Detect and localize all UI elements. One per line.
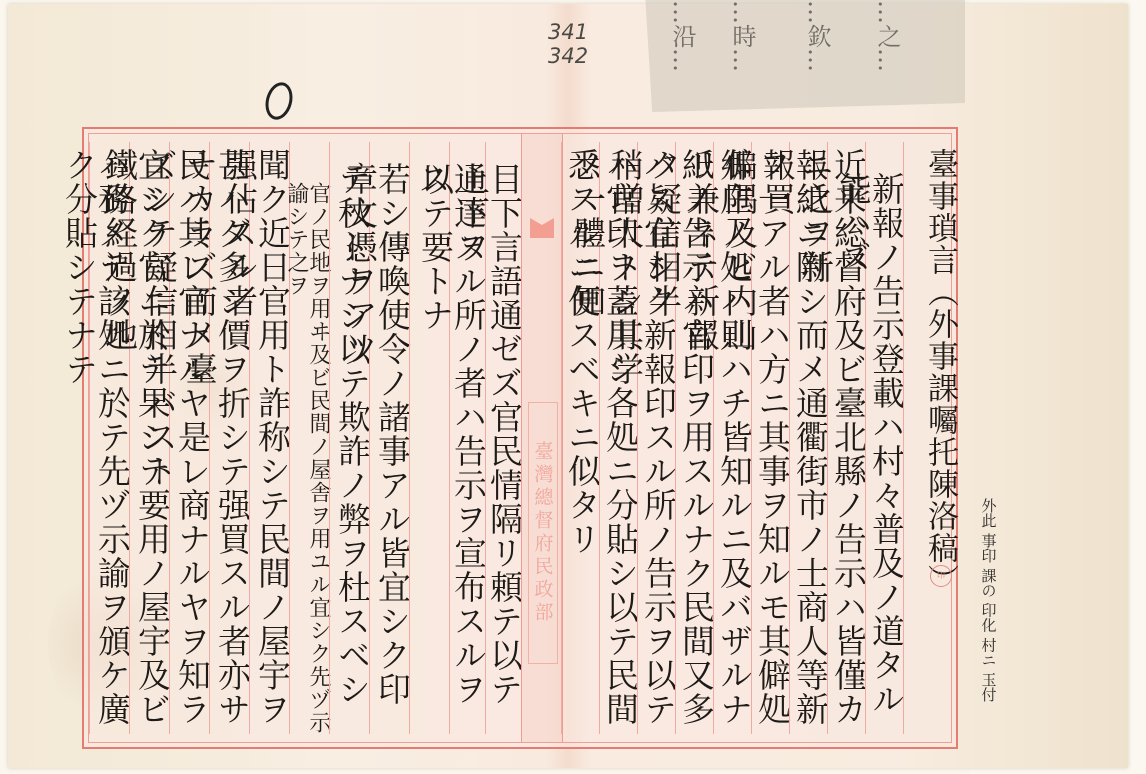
left-page-column-6: 官ノ民地ヲ用ヰ及ビ民間ノ屋舎ヲ用ユル宜シク先ヅ示諭シテ之ヲ [289, 142, 329, 734]
margin-note-line: 村ニ [980, 637, 998, 667]
left-page-column-4: 若シ傳喚使令ノ諸事アル皆宜シク印章文憑ヲアツ [369, 142, 409, 734]
margin-note-line: 印化 [980, 602, 998, 632]
small-red-seal: 印 [930, 565, 952, 587]
right-page-title-column: 臺事瑣言（外事課囑托陳洛稿） [903, 142, 955, 734]
column-text: 目下言語通ゼズ官民情隔リ頼テ以テ上下ヲ [486, 162, 521, 734]
office-seal: 臺灣總督府民政部 [528, 402, 558, 664]
margin-note-line: 玉付 [980, 672, 998, 702]
right-page-column-5: フ一アル者ハ方ニ其事ヲ知ルモ其僻処偏隅及ビ内山 [751, 142, 789, 734]
column-text: 若シ傳喚使令ノ諸事アル皆宜シク印章文憑ヲアツ [370, 162, 409, 734]
ruled-frame: ハ務メテ該処ニ於テ先ヅ示諭ヲ頒ケ廣ク分貼シテナテ 宜シク官ニ於テ果シテ要用ノ屋宇… [82, 127, 958, 749]
left-page-column-1: 目下言語通ゼズ官民情隔リ頼テ以テ上下ヲ [485, 142, 521, 734]
slip-text: …之… [870, 0, 905, 72]
slip-text: …欽… [800, 0, 835, 72]
page-number: 341 342 [548, 20, 588, 68]
margin-note-line: 外此 [980, 498, 998, 528]
right-margin-note: 外此 事印 課の 印化 村ニ 玉付 [980, 498, 997, 702]
column-text: 官ノ民地ヲ用ヰ及ビ民間ノ屋舎ヲ用ユル宜シク先ヅ示諭シテ之ヲ [290, 182, 329, 734]
document-title: 臺事瑣言（外事課囑托陳洛稿） [904, 148, 955, 596]
margin-note-line: 課の [980, 568, 998, 598]
slip-text: …時… [725, 0, 760, 72]
slip-text: …沿… [665, 0, 700, 72]
column-text: 新報ノ告示登載ハ村々普及ノ道タル能ハズ [866, 172, 903, 734]
column-text: フ一アル者ハ方ニ其事ヲ知ルモ其僻処偏隅及ビ内山 [752, 148, 789, 734]
right-page-column-2: 新報ノ告示登載ハ村々普及ノ道タル能ハズ [865, 142, 903, 734]
page-number-second: 342 [548, 44, 588, 68]
pasted-paper-slip: …沿… …時… …欽… …之… [625, 0, 965, 112]
center-fold: 臺灣總督府民政部 [521, 134, 563, 742]
ruled-frame-inner: ハ務メテ該処ニ於テ先ヅ示諭ヲ頒ケ廣ク分貼シテナテ 宜シク官ニ於テ果シテ要用ノ屋宇… [88, 133, 952, 743]
left-page-column-7: 聞ク近日官用ト詐称シテ民間ノ屋宇ヲ强佔スル者 [249, 142, 289, 734]
margin-note-line: 事印 [980, 533, 998, 563]
fish-tail-mark [530, 218, 554, 238]
page-number-first: 341 [548, 20, 588, 44]
